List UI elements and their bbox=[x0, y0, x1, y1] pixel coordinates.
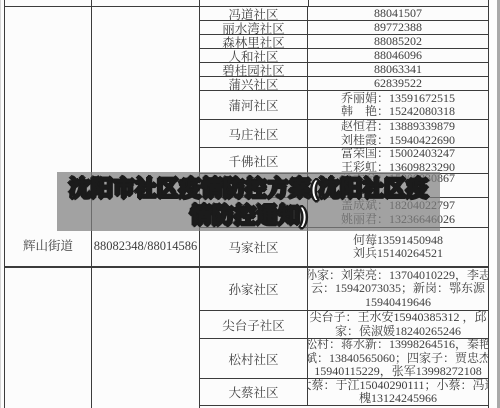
table-row: 丽水湾社区89772388 bbox=[200, 20, 488, 34]
contact-line: 417929 bbox=[380, 186, 416, 198]
street-phone-cell: 88082348/88014586 bbox=[92, 6, 199, 268]
contact-line: 88046096 bbox=[374, 49, 422, 62]
contact-phone-cell: 88085202 bbox=[308, 35, 488, 48]
community-name-cell: 冯道社区 bbox=[200, 7, 308, 20]
community-name-cell: 人和社区 bbox=[200, 49, 308, 62]
contact-phone-cell: 孙大全：15909830867417929 bbox=[308, 174, 488, 197]
contact-line: 孙大全：15909830867 bbox=[341, 174, 455, 186]
contact-line: 富荣国：15002403247 bbox=[341, 148, 455, 161]
table-row: 大蔡社区大蔡：于江15040290111；小蔡：冯述槐13124245966 bbox=[200, 378, 488, 405]
table-row: 孙大全：15909830867417929 bbox=[200, 173, 488, 197]
contact-line: 韩 艳：15242080318 bbox=[341, 105, 455, 119]
community-name-cell: 马家社区 bbox=[200, 228, 308, 266]
contact-phone-cell: 尖台子：王水安15940385312 ，邱家：侯淑媛18240265246 bbox=[308, 311, 488, 338]
contact-phone-cell: 88063341 bbox=[308, 63, 488, 76]
table-row: 千佛社区富荣国：15002403247王彩虹：13609823290 bbox=[200, 147, 488, 173]
community-rows: 冯道社区88041507丽水湾社区89772388森林里社区88085202人和… bbox=[200, 6, 488, 408]
contact-phone-cell: 89772388 bbox=[308, 21, 488, 34]
community-name-cell: 千佛社区 bbox=[200, 148, 308, 173]
contact-phone-cell: 松村：蒋水新：13998264516，秦艳斌：13840565060；四家子：贾… bbox=[308, 339, 488, 378]
table-row: 盖成斌：18204022797姚丽君：13236646026 bbox=[200, 197, 488, 227]
contact-line: 松村：蒋水新：13998264516，秦艳 bbox=[308, 339, 488, 352]
contact-phone-cell: 62839522 bbox=[308, 77, 488, 90]
community-name-cell bbox=[200, 198, 308, 227]
community-contact-table: 辉山街道 88082348/88014586 冯道社区88041507丽水湾社区… bbox=[4, 0, 489, 408]
contact-phone-cell: 赵恒君：13889339879刘桂霞：15940422690 bbox=[308, 120, 488, 147]
contact-line: 槐13124245966 bbox=[359, 392, 437, 405]
contact-line: 刘兵15140264521 bbox=[353, 247, 443, 261]
street-phone: 88082348/88014586 bbox=[94, 239, 197, 254]
community-name-cell: 大蔡社区 bbox=[200, 379, 308, 405]
table-row: 冯道社区88041507 bbox=[200, 6, 488, 20]
contact-phone-cell: 何莓13591450948刘兵15140264521 bbox=[308, 228, 488, 266]
community-name-cell: 蒲河社区 bbox=[200, 91, 308, 119]
contact-line: 89772388 bbox=[374, 21, 422, 34]
contact-phone-cell: 富荣国：15002403247王彩虹：13609823290 bbox=[308, 148, 488, 173]
contact-phone-cell: 大蔡：于江15040290111；小蔡：冯述槐13124245966 bbox=[308, 379, 488, 405]
contact-phone-cell: 88041507 bbox=[308, 7, 488, 20]
table-row: 碧桂园社区88063341 bbox=[200, 62, 488, 76]
table-row: 马家社区何莓13591450948刘兵15140264521 bbox=[200, 227, 488, 266]
community-name-cell bbox=[200, 174, 308, 197]
table-body: 辉山街道 88082348/88014586 冯道社区88041507丽水湾社区… bbox=[5, 6, 488, 408]
community-name-cell: 马庄社区 bbox=[200, 120, 308, 147]
contact-line: 家：侯淑媛18240265246 bbox=[335, 325, 461, 339]
contact-line: 赵恒君：13889339879 bbox=[341, 120, 455, 134]
table-row: 森林里社区88085202 bbox=[200, 34, 488, 48]
contact-line: 88063341 bbox=[374, 63, 422, 76]
community-name-cell: 蒲兴社区 bbox=[200, 77, 308, 90]
contact-line: 88085202 bbox=[374, 35, 422, 48]
contact-line: 15940419646 bbox=[365, 296, 431, 310]
contact-line: 88041507 bbox=[374, 7, 422, 20]
contact-phone-cell: 盖成斌：18204022797姚丽君：13236646026 bbox=[308, 198, 488, 227]
community-name-cell: 尖台子社区 bbox=[200, 311, 308, 338]
table-row: 蒲兴社区62839522 bbox=[200, 76, 488, 90]
community-name-cell: 丽水湾社区 bbox=[200, 21, 308, 34]
table-row: 蒲河社区乔丽娟：13591672515韩 艳：15242080318 bbox=[200, 90, 488, 119]
street-name-cell: 辉山街道 bbox=[5, 6, 91, 268]
table-row: 松村社区松村：蒋水新：13998264516，秦艳斌：13840565060；四… bbox=[200, 338, 488, 378]
street-name: 辉山街道 bbox=[23, 239, 73, 254]
table-row: 人和社区88046096 bbox=[200, 48, 488, 62]
community-name-cell: 森林里社区 bbox=[200, 35, 308, 48]
contact-line: 刘桂霞：15940422690 bbox=[341, 134, 455, 148]
contact-phone-cell: 乔丽娟：13591672515韩 艳：15242080318 bbox=[308, 91, 488, 119]
table-row: 马庄社区赵恒君：13889339879刘桂霞：15940422690 bbox=[200, 119, 488, 147]
contact-line: 斌：13840565060；四家子：贾忠杰 bbox=[308, 352, 488, 366]
screenshot-root: 辉山街道 88082348/88014586 冯道社区88041507丽水湾社区… bbox=[0, 0, 500, 408]
contact-phone-cell: 孙家：刘荣亮：13704010229，李志云：15942073035；新岗：鄂东… bbox=[308, 268, 488, 310]
community-name-cell: 孙家社区 bbox=[200, 268, 308, 310]
left-edge-strip bbox=[0, 0, 1, 408]
street-phone-empty-cell bbox=[92, 268, 199, 408]
contact-line: 盖成斌：18204022797 bbox=[341, 199, 455, 213]
table-row: 孙家社区孙家：刘荣亮：13704010229，李志云：15942073035；新… bbox=[200, 266, 488, 310]
street-column: 辉山街道 bbox=[5, 6, 92, 408]
street-phone-column: 88082348/88014586 bbox=[92, 6, 200, 408]
contact-line: 62839522 bbox=[374, 77, 422, 90]
community-name-cell: 松村社区 bbox=[200, 339, 308, 378]
contact-line: 乔丽娟：13591672515 bbox=[341, 92, 455, 106]
community-name-cell: 碧桂园社区 bbox=[200, 63, 308, 76]
contact-line: 姚丽君：13236646026 bbox=[341, 213, 455, 227]
contact-line: 何莓13591450948 bbox=[353, 234, 443, 248]
table-row: 尖台子社区尖台子：王水安15940385312 ，邱家：侯淑媛182402652… bbox=[200, 310, 488, 338]
contact-line: 云：15942073035；新岗：鄂东源 bbox=[311, 282, 485, 296]
contact-line: 王彩虹：13609823290 bbox=[341, 161, 455, 174]
contact-line: 15940115229，张军13998272108 bbox=[314, 365, 482, 378]
contact-phone-cell: 88046096 bbox=[308, 49, 488, 62]
street-empty-cell bbox=[5, 268, 91, 408]
contact-line: 尖台子：王水安15940385312 ，邱 bbox=[309, 311, 486, 325]
